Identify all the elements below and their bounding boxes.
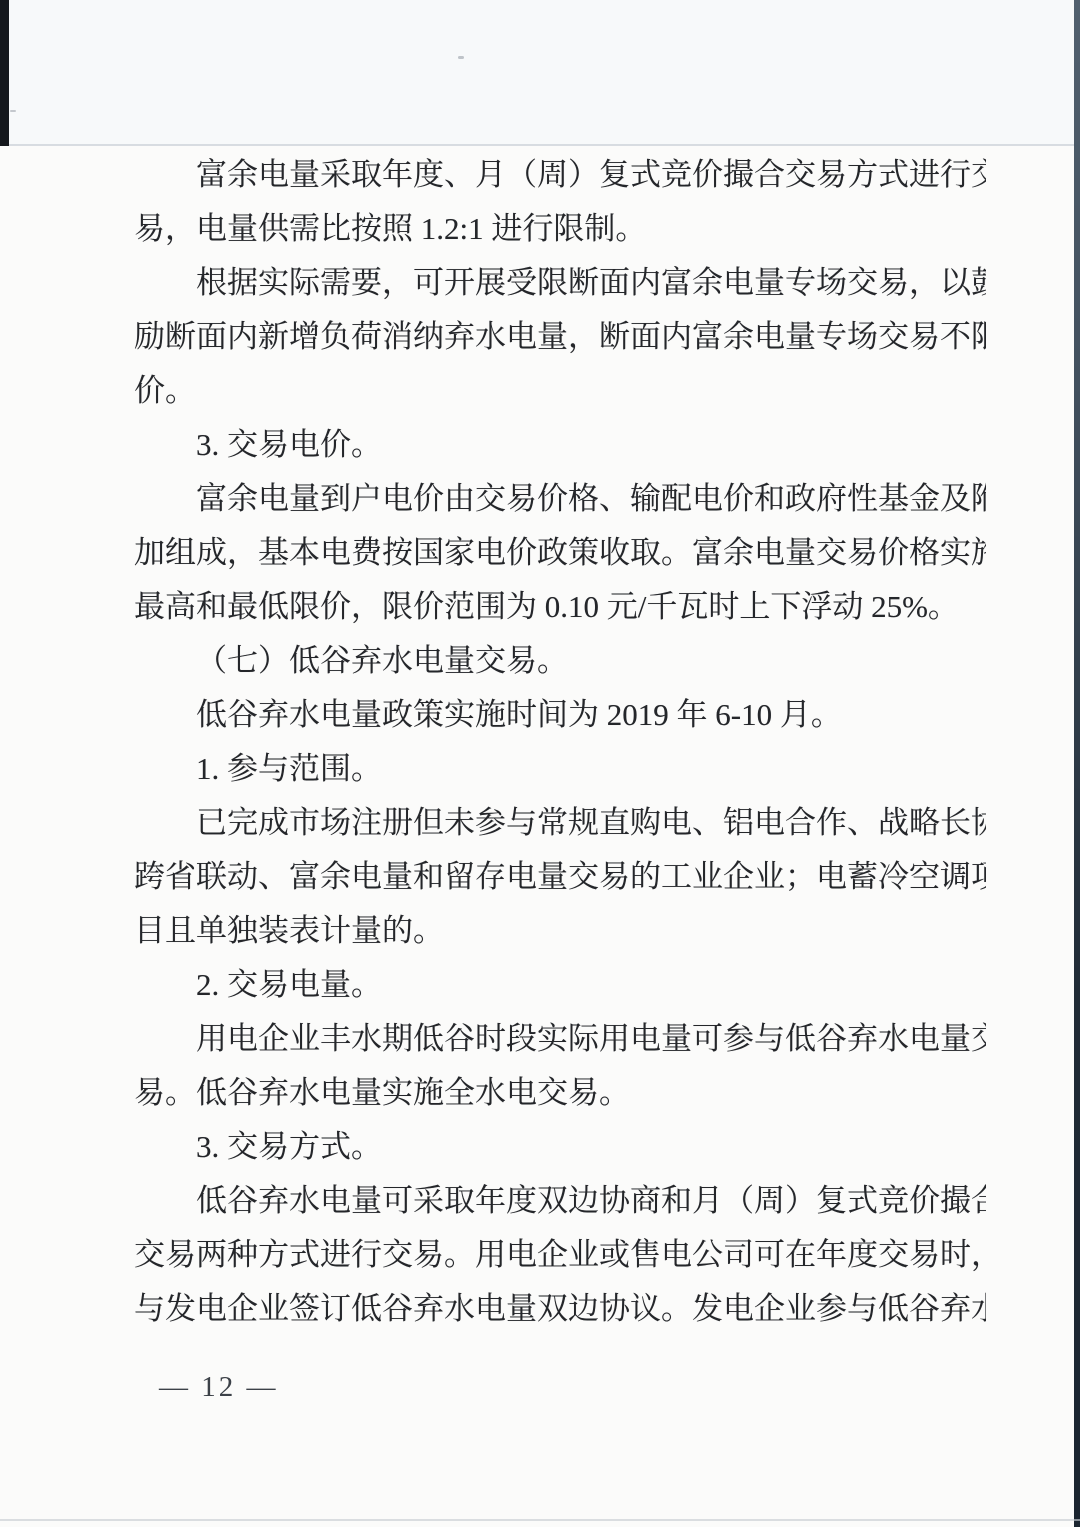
paragraph: （七）低谷弃水电量交易。 <box>134 634 986 688</box>
text-line: 1. 参与范围。 <box>134 742 986 796</box>
scan-speck <box>458 56 464 59</box>
paragraph: 富余电量到户电价由交易价格、输配电价和政府性基金及附加组成，基本电费按国家电价政… <box>134 472 986 634</box>
paragraph: 用电企业丰水期低谷时段实际用电量可参与低谷弃水电量交易。低谷弃水电量实施全水电交… <box>134 1012 986 1120</box>
text-line: 低谷弃水电量可采取年度双边协商和月（周）复式竞价撮合 <box>134 1174 986 1228</box>
paragraph: 富余电量采取年度、月（周）复式竞价撮合交易方式进行交易，电量供需比按照 1.2:… <box>134 148 986 256</box>
text-line: 励断面内新增负荷消纳弃水电量，断面内富余电量专场交易不限 <box>134 310 986 364</box>
page-number: — 12 — <box>159 1371 279 1404</box>
text-line: （七）低谷弃水电量交易。 <box>134 634 986 688</box>
paragraph: 2. 交易电量。 <box>134 958 986 1012</box>
text-line: 易。低谷弃水电量实施全水电交易。 <box>134 1066 986 1120</box>
scan-top-rule <box>0 144 1080 146</box>
paragraph: 3. 交易电价。 <box>134 418 986 472</box>
text-line: 交易两种方式进行交易。用电企业或售电公司可在年度交易时， <box>134 1228 986 1282</box>
text-line: 3. 交易电价。 <box>134 418 986 472</box>
paragraph: 低谷弃水电量可采取年度双边协商和月（周）复式竞价撮合交易两种方式进行交易。用电企… <box>134 1174 986 1336</box>
paragraph: 1. 参与范围。 <box>134 742 986 796</box>
text-line: 目且单独装表计量的。 <box>134 904 986 958</box>
paragraph: 3. 交易方式。 <box>134 1120 986 1174</box>
document-body: 富余电量采取年度、月（周）复式竞价撮合交易方式进行交易，电量供需比按照 1.2:… <box>134 148 986 1336</box>
paragraph: 已完成市场注册但未参与常规直购电、铝电合作、战略长协、跨省联动、富余电量和留存电… <box>134 796 986 958</box>
text-line: 富余电量采取年度、月（周）复式竞价撮合交易方式进行交 <box>134 148 986 202</box>
text-line: 易，电量供需比按照 1.2:1 进行限制。 <box>134 202 986 256</box>
text-line: 2. 交易电量。 <box>134 958 986 1012</box>
document-page: 富余电量采取年度、月（周）复式竞价撮合交易方式进行交易，电量供需比按照 1.2:… <box>0 0 1080 1527</box>
scan-speck <box>10 110 16 112</box>
text-line: 根据实际需要，可开展受限断面内富余电量专场交易，以鼓 <box>134 256 986 310</box>
text-line: 富余电量到户电价由交易价格、输配电价和政府性基金及附 <box>134 472 986 526</box>
text-line: 低谷弃水电量政策实施时间为 2019 年 6-10 月。 <box>134 688 986 742</box>
scan-right-edge-line <box>1074 0 1080 1527</box>
scan-bottom-rule <box>0 1519 1080 1521</box>
text-line: 跨省联动、富余电量和留存电量交易的工业企业；电蓄冷空调项 <box>134 850 986 904</box>
text-line: 价。 <box>134 364 986 418</box>
text-line: 与发电企业签订低谷弃水电量双边协议。发电企业参与低谷弃水 <box>134 1282 986 1336</box>
text-line: 加组成，基本电费按国家电价政策收取。富余电量交易价格实施 <box>134 526 986 580</box>
text-line: 已完成市场注册但未参与常规直购电、铝电合作、战略长协、 <box>134 796 986 850</box>
paragraph: 根据实际需要，可开展受限断面内富余电量专场交易，以鼓励断面内新增负荷消纳弃水电量… <box>134 256 986 418</box>
paragraph: 低谷弃水电量政策实施时间为 2019 年 6-10 月。 <box>134 688 986 742</box>
text-line: 用电企业丰水期低谷时段实际用电量可参与低谷弃水电量交 <box>134 1012 986 1066</box>
text-line: 3. 交易方式。 <box>134 1120 986 1174</box>
scan-top-strip <box>0 0 1080 145</box>
text-line: 最高和最低限价，限价范围为 0.10 元/千瓦时上下浮动 25%。 <box>134 580 986 634</box>
scan-corner-bar <box>0 0 9 146</box>
